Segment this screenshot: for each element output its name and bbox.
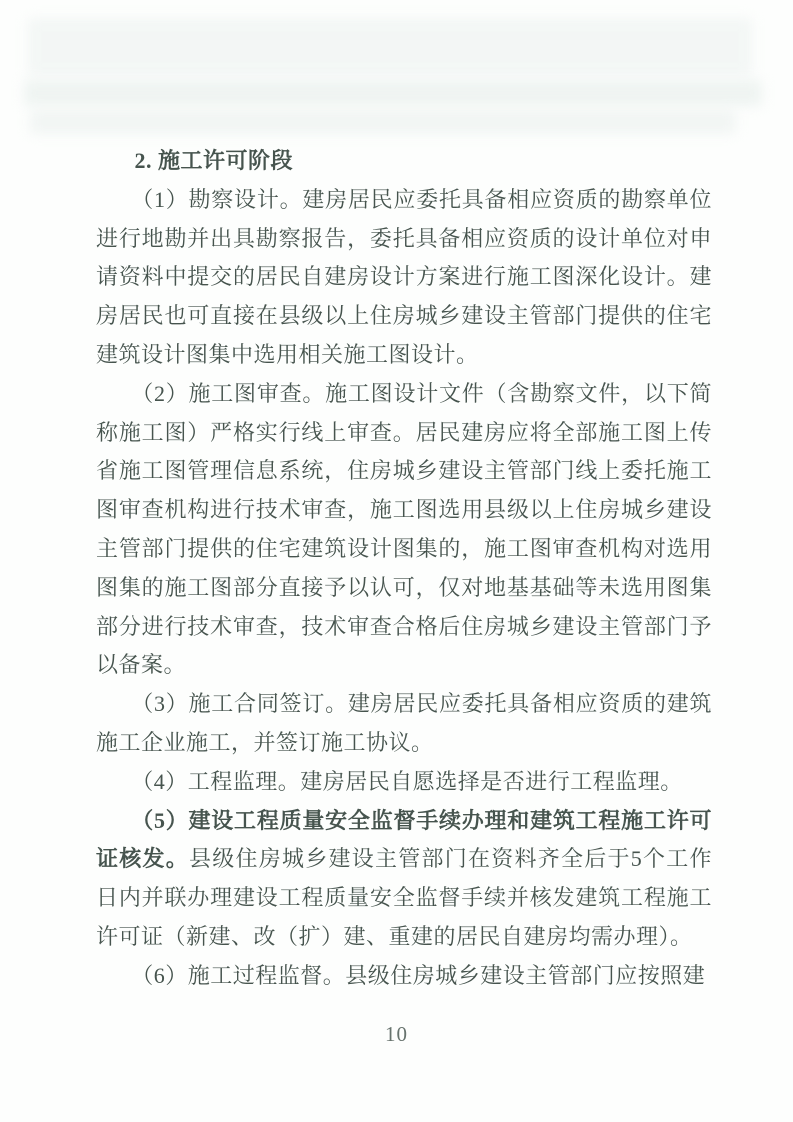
paragraph-project-supervision: （4）工程监理。建房居民自愿选择是否进行工程监理。 <box>96 763 712 802</box>
paragraph-survey-design: （1）勘察设计。建房居民应委托具备相应资质的勘察单位进行地勘并出具勘察报告，委托… <box>96 181 712 375</box>
document-page: 2. 施工许可阶段 （1）勘察设计。建房居民应委托具备相应资质的勘察单位进行地勘… <box>0 0 793 1122</box>
scan-ghost-band <box>30 110 736 134</box>
paragraph-drawing-review: （2）施工图审查。施工图设计文件（含勘察文件，以下简称施工图）严格实行线上审查。… <box>96 375 712 685</box>
paragraph-text: （3）施工合同签订。建房居民应委托具备相应资质的建筑施工企业施工，并签订施工协议… <box>96 691 712 755</box>
paragraph-text: （6）施工过程监督。县级住房城乡建设主管部门应按照建 <box>131 963 705 988</box>
document-body: 2. 施工许可阶段 （1）勘察设计。建房居民应委托具备相应资质的勘察单位进行地勘… <box>96 142 712 996</box>
scan-ghost-band <box>24 80 762 106</box>
paragraph-text: （4）工程监理。建房居民自愿选择是否进行工程监理。 <box>131 769 683 794</box>
page-number: 10 <box>0 1022 793 1047</box>
scan-bleedthrough-artifact <box>0 0 793 140</box>
paragraph-construction-process: （6）施工过程监督。县级住房城乡建设主管部门应按照建 <box>96 957 712 996</box>
paragraph-text: 县级住房城乡建设主管部门在资料齐全后于5个工作日内并联办理建设工程质量安全监督手… <box>96 846 712 949</box>
scan-ghost-band <box>28 18 752 76</box>
paragraph-permit-issuance: （5）建设工程质量安全监督手续办理和建筑工程施工许可证核发。县级住房城乡建设主管… <box>96 802 712 957</box>
paragraph-text: （1）勘察设计。建房居民应委托具备相应资质的勘察单位进行地勘并出具勘察报告，委托… <box>96 187 712 367</box>
paragraph-contract-signing: （3）施工合同签订。建房居民应委托具备相应资质的建筑施工企业施工，并签订施工协议… <box>96 685 712 763</box>
paragraph-text: （2）施工图审查。施工图设计文件（含勘察文件，以下简称施工图）严格实行线上审查。… <box>96 381 712 678</box>
section-heading: 2. 施工许可阶段 <box>96 142 712 181</box>
